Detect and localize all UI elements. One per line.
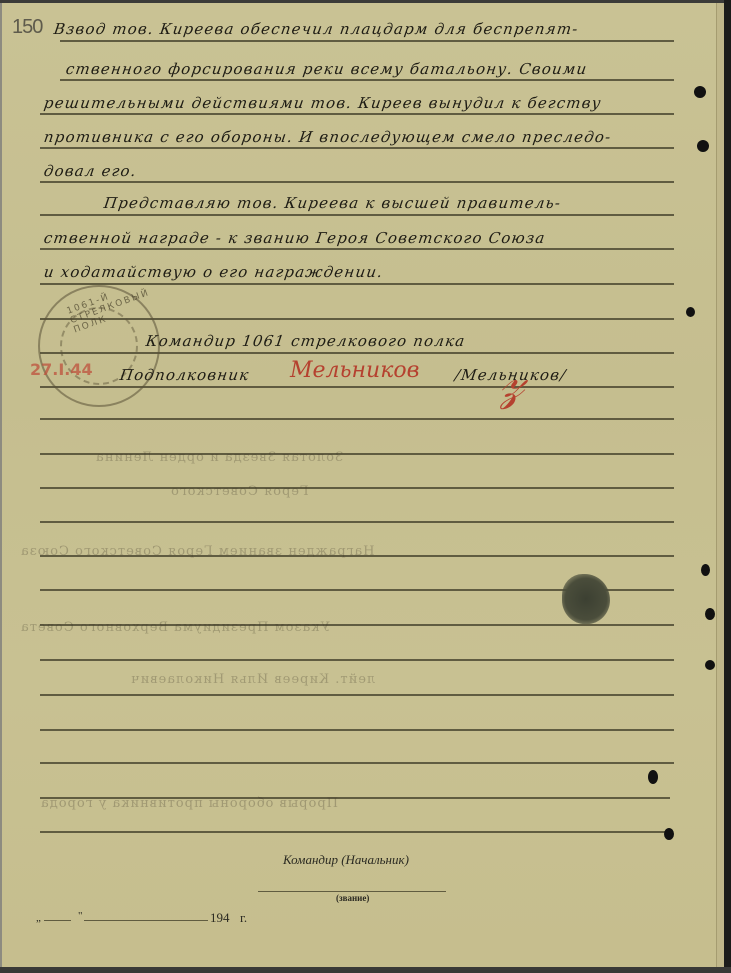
handwritten-line: и ходатайствую о его награждении. (43, 263, 385, 281)
rank-line (258, 891, 446, 892)
ruled-line (40, 214, 674, 216)
page-number: 150 (12, 16, 42, 39)
scan-right-border (724, 0, 731, 973)
ruled-line (60, 79, 674, 81)
handwritten-line: довал его. (43, 162, 138, 180)
ruled-line (40, 418, 674, 420)
bleed-through-text: Прорыв обороны противника у города (40, 796, 338, 811)
date-month-line (84, 920, 208, 921)
ruled-line (40, 487, 674, 489)
handwritten-line: Представляю тов. Киреева к высшей правит… (103, 194, 563, 212)
punch-hole (701, 564, 710, 576)
date-quote: " (78, 910, 83, 922)
handwritten-line: решительными действиями тов. Киреев выну… (43, 94, 603, 112)
ruled-line (40, 694, 674, 696)
handwritten-line: противника с его обороны. И впоследующем… (43, 128, 613, 146)
ruled-line (40, 147, 674, 149)
signature-name: /Мельников/ (454, 366, 568, 384)
commander-label: Командир (Начальник) (283, 852, 409, 868)
date-year-suffix: г. (240, 910, 247, 926)
bleed-through-text: Награжден званием Героя Советского Союза (20, 544, 375, 559)
date-year: 194 (210, 910, 230, 926)
punch-hole (694, 86, 706, 98)
handwritten-line: ственной награде - к званию Героя Советс… (43, 229, 547, 247)
punch-hole (697, 140, 709, 152)
handwritten-line: ственного форсирования реки всему баталь… (65, 60, 589, 78)
rank-caption: (звание) (336, 893, 369, 903)
bleed-through-text: Героя Советского (170, 484, 309, 499)
punch-hole (705, 608, 715, 620)
ruled-line (40, 762, 674, 764)
ruled-line (40, 181, 674, 183)
red-date-mark: 27.I.44 (30, 360, 93, 379)
ruled-line (40, 729, 674, 731)
bleed-through-text: лейт. Киреев Илья Николаевич (130, 672, 375, 687)
ruled-line (40, 659, 674, 661)
signature-title: Командир 1061 стрелкового полка (145, 332, 467, 350)
ruled-line (60, 40, 674, 42)
ruled-line (40, 248, 674, 250)
handwritten-line: Взвод тов. Киреева обеспечил плацдарм дл… (53, 20, 580, 38)
signature-rank: Подполковник (119, 366, 251, 384)
scan-bottom-border (0, 967, 731, 973)
red-signature: Мельников (290, 358, 419, 383)
ruled-line (40, 113, 674, 115)
bleed-through-text: Указом Президиума Верховного Совета (20, 620, 330, 635)
ink-blot (562, 574, 610, 624)
ruled-line (40, 521, 674, 523)
punch-hole (664, 828, 674, 840)
punch-hole (686, 307, 695, 317)
regiment-stamp: 1061-Й СТРЕЛКОВЫЙ ПОЛК (38, 285, 160, 407)
ruled-line (40, 831, 670, 833)
punch-hole (648, 770, 658, 784)
date-day-line (44, 920, 71, 921)
date-day-prefix: „ (36, 912, 41, 924)
bleed-through-text: Золотая Звезда и орден Ленина (95, 450, 343, 465)
punch-hole (705, 660, 715, 670)
